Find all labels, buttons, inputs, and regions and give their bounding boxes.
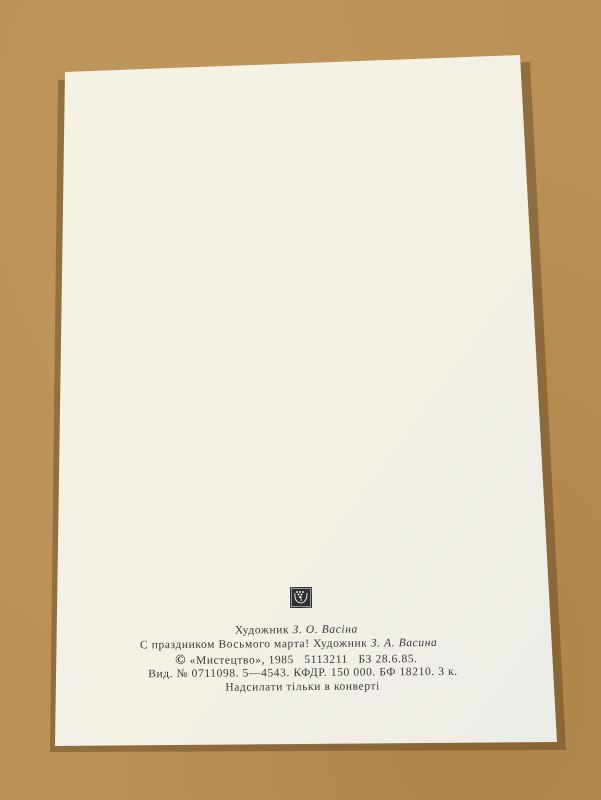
greeting-and-artist-russian: С праздником Восьмого марта! Художник З.… [140,637,438,651]
artist-name-russian: З. А. Васина [371,637,438,650]
edition-text: Вид. № 0711098. 5—4543. КФДР. 150 000. Б… [148,666,458,680]
artist-credit-ukrainian: Художник З. О. Васіна [235,624,358,637]
copyright-icon: © [175,653,186,668]
artist-name: З. О. Васіна [293,624,358,637]
artist-label: Художник [235,624,293,636]
mailing-instruction-text: Надсилати тільки в конверті [225,680,380,693]
edition-line: Вид. № 0711098. 5—4543. КФДР. 150 000. Б… [148,666,458,680]
greeting-text: С праздником Восьмого марта! Художник [140,638,371,652]
mailing-instruction: Надсилати тільки в конверті [225,680,380,693]
imprint-block: Художник З. О. Васіна С праздником Восьм… [0,0,601,800]
publisher-text: «Мистецтво», 1985 5113211 БЗ 28.6.85. [190,653,418,667]
